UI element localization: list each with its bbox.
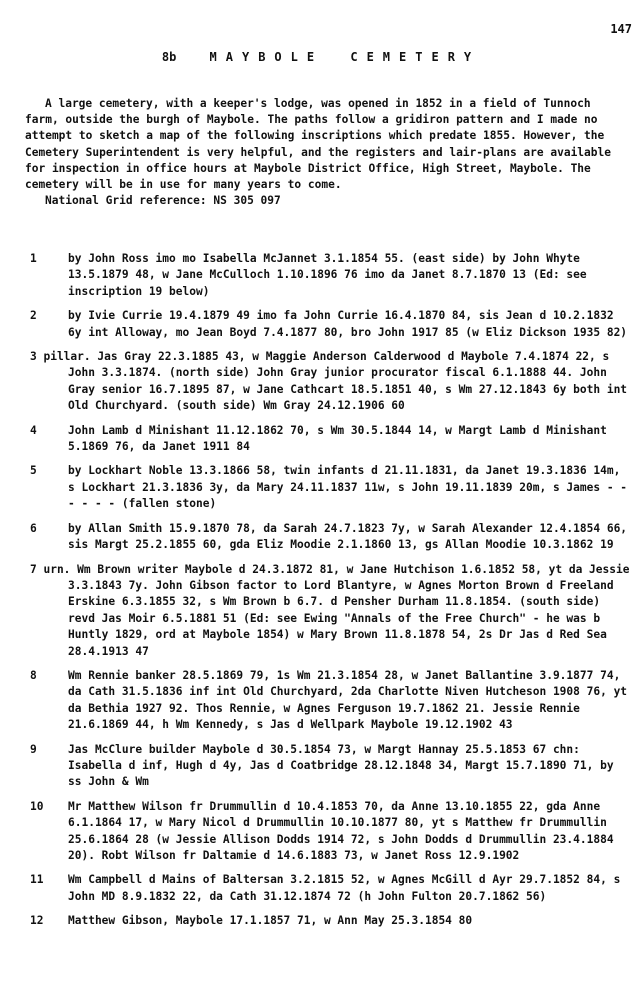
- entry-number: 6: [30, 521, 68, 554]
- inscription-entry: 1 by John Ross imo mo Isabella McJannet …: [30, 251, 630, 300]
- entry-text: by Lockhart Noble 13.3.1866 58, twin inf…: [68, 463, 630, 512]
- entry-number: 11: [30, 872, 68, 905]
- inscription-entry: 5 by Lockhart Noble 13.3.1866 58, twin i…: [30, 463, 630, 512]
- entry-text: by John Ross imo mo Isabella McJannet 3.…: [68, 251, 630, 300]
- title-word-cemetery: CEMETERY: [350, 50, 480, 64]
- title-word-maybole: MAYBOLE: [210, 50, 324, 64]
- document-page: 147 8b MAYBOLE CEMETERY A large cemetery…: [0, 0, 642, 990]
- introduction: A large cemetery, with a keeper's lodge,…: [25, 96, 625, 209]
- page-title: 8b MAYBOLE CEMETERY: [0, 50, 642, 64]
- inscription-entry: 10 Mr Matthew Wilson fr Drummullin d 10.…: [30, 799, 630, 865]
- entry-number: 10: [30, 799, 68, 865]
- entry-text: Wm Rennie banker 28.5.1869 79, 1s Wm 21.…: [68, 668, 630, 734]
- entry-text: by Allan Smith 15.9.1870 78, da Sarah 24…: [68, 521, 630, 554]
- inscription-entry: 8 Wm Rennie banker 28.5.1869 79, 1s Wm 2…: [30, 668, 630, 734]
- inscription-list: 1 by John Ross imo mo Isabella McJannet …: [30, 251, 630, 938]
- page-number: 147: [610, 22, 632, 36]
- intro-paragraph: A large cemetery, with a keeper's lodge,…: [25, 96, 625, 193]
- inscription-entry: 2 by Ivie Currie 19.4.1879 49 imo fa Joh…: [30, 308, 630, 341]
- entry-text: Jas McClure builder Maybole d 30.5.1854 …: [68, 742, 630, 791]
- entry-number: 12: [30, 913, 68, 929]
- inscription-entry: 9 Jas McClure builder Maybole d 30.5.185…: [30, 742, 630, 791]
- entry-text: Matthew Gibson, Maybole 17.1.1857 71, w …: [68, 913, 630, 929]
- entry-text: Mr Matthew Wilson fr Drummullin d 10.4.1…: [68, 799, 630, 865]
- section-number: 8b: [162, 50, 176, 64]
- inscription-entry: 3 pillar. Jas Gray 22.3.1885 43, w Maggi…: [30, 349, 630, 415]
- entry-number: 1: [30, 251, 68, 300]
- inscription-entry: 7 urn. Wm Brown writer Maybole d 24.3.18…: [30, 562, 630, 660]
- entry-text: Wm Campbell d Mains of Baltersan 3.2.181…: [68, 872, 630, 905]
- entry-number: 7 urn.: [30, 563, 77, 576]
- inscription-entry: 4 John Lamb d Minishant 11.12.1862 70, s…: [30, 423, 630, 456]
- entry-number: 4: [30, 423, 68, 456]
- entry-number: 2: [30, 308, 68, 341]
- inscription-entry: 6 by Allan Smith 15.9.1870 78, da Sarah …: [30, 521, 630, 554]
- entry-number: 9: [30, 742, 68, 791]
- grid-reference: National Grid reference: NS 305 097: [25, 193, 625, 209]
- entry-text: Wm Brown writer Maybole d 24.3.1872 81, …: [68, 563, 629, 658]
- entry-number: 8: [30, 668, 68, 734]
- entry-number: 5: [30, 463, 68, 512]
- entry-text: Jas Gray 22.3.1885 43, w Maggie Anderson…: [68, 350, 627, 412]
- entry-text: John Lamb d Minishant 11.12.1862 70, s W…: [68, 423, 630, 456]
- inscription-entry: 12 Matthew Gibson, Maybole 17.1.1857 71,…: [30, 913, 630, 929]
- inscription-entry: 11 Wm Campbell d Mains of Baltersan 3.2.…: [30, 872, 630, 905]
- entry-number: 3 pillar.: [30, 350, 97, 363]
- entry-text: by Ivie Currie 19.4.1879 49 imo fa John …: [68, 308, 630, 341]
